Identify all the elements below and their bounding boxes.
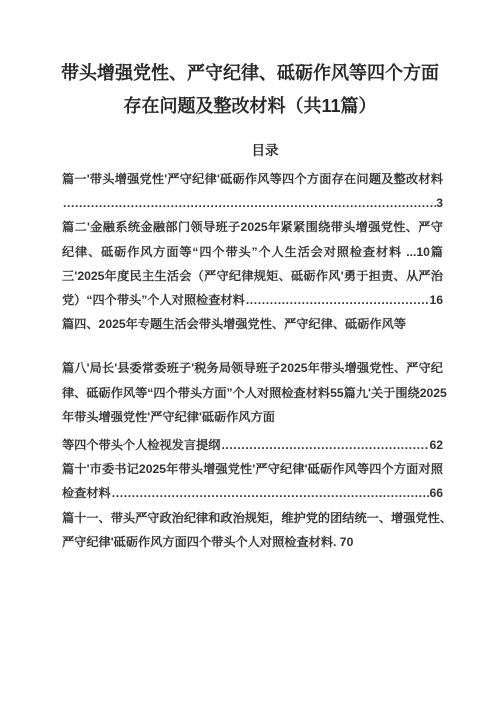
dot-leader: ........................................… [220,433,429,457]
toc-line: 纪律、砥砺作风方面等“四个带头”个人生活会对照检查材料 ...10篇 [62,240,443,264]
toc-line: 严守纪律'砥砺作风方面四个带头个人对照检查材料. 70 [62,530,443,554]
toc-blank-line [62,336,443,356]
toc-entry-text: 检查材料 [62,481,111,505]
toc-entry-text: 等四个带头个人检视发言提纲 [62,433,220,457]
toc-line: 篇二'金融系统金融部门领导班子2025年紧紧围绕带头增强党性、严守 [62,215,443,239]
toc-line: 检查材料....................................… [62,481,443,505]
toc-line: 等四个带头个人检视发言提纲...........................… [62,433,443,457]
toc-line: 篇十一、带头严守政治纪律和政治规矩，维护党的团结统一、增强党性、 [62,506,443,530]
toc-page-number: 62 [429,433,443,457]
toc-page-number: 3 [436,191,443,215]
document-title-line-1: 带头增强党性、严守纪律、砥砺作风等四个方面 [0,57,500,90]
dot-leader: ........................................… [111,481,430,505]
toc-line: 篇十'市委书记2025年带头增强党性'严守纪律'砥砺作风等四个方面对照 [62,457,443,481]
toc-line: 三'2025年度民主生活会（严守纪律规矩、砥砺作风'勇于担责、从严治 [62,264,443,288]
toc-line: 篇一'带头增强党性'严守纪律'砥砺作风等四个方面存在问题及整改材料 [62,167,443,191]
toc-line: 党）“四个带头”个人对照检查材料........................… [62,288,443,312]
table-of-contents: 篇一'带头增强党性'严守纪律'砥砺作风等四个方面存在问题及整改材料.......… [62,167,443,554]
document-title-line-2: 存在问题及整改材料（共11篇） [0,90,500,123]
document-title: 带头增强党性、严守纪律、砥砺作风等四个方面 存在问题及整改材料（共11篇） [0,0,500,123]
toc-line: ........................................… [62,191,443,215]
toc-line: 律、砥砺作风等“四个带头方面”个人对照检查材料55篇九'关于围绕2025 [62,381,443,405]
document-page: 带头增强党性、严守纪律、砥砺作风等四个方面 存在问题及整改材料（共11篇） 目录… [0,0,500,707]
dot-leader: ........................................… [62,191,436,215]
toc-entry-text: 党）“四个带头”个人对照检查材料 [62,288,245,312]
toc-line: 篇八'局长'县委常委班子'税务局领导班子2025年带头增强党性、严守纪 [62,356,443,380]
toc-page-number: 16 [429,288,443,312]
dot-leader: ........................................… [245,288,430,312]
toc-line: 年带头增强党性'严守纪律'砥砺作风方面 [62,405,443,429]
toc-heading: 目录 [0,141,500,160]
toc-line: 篇四、2025年专题生活会带头增强党性、严守纪律、砥砺作风等 [62,312,443,336]
toc-page-number: 66 [429,481,443,505]
